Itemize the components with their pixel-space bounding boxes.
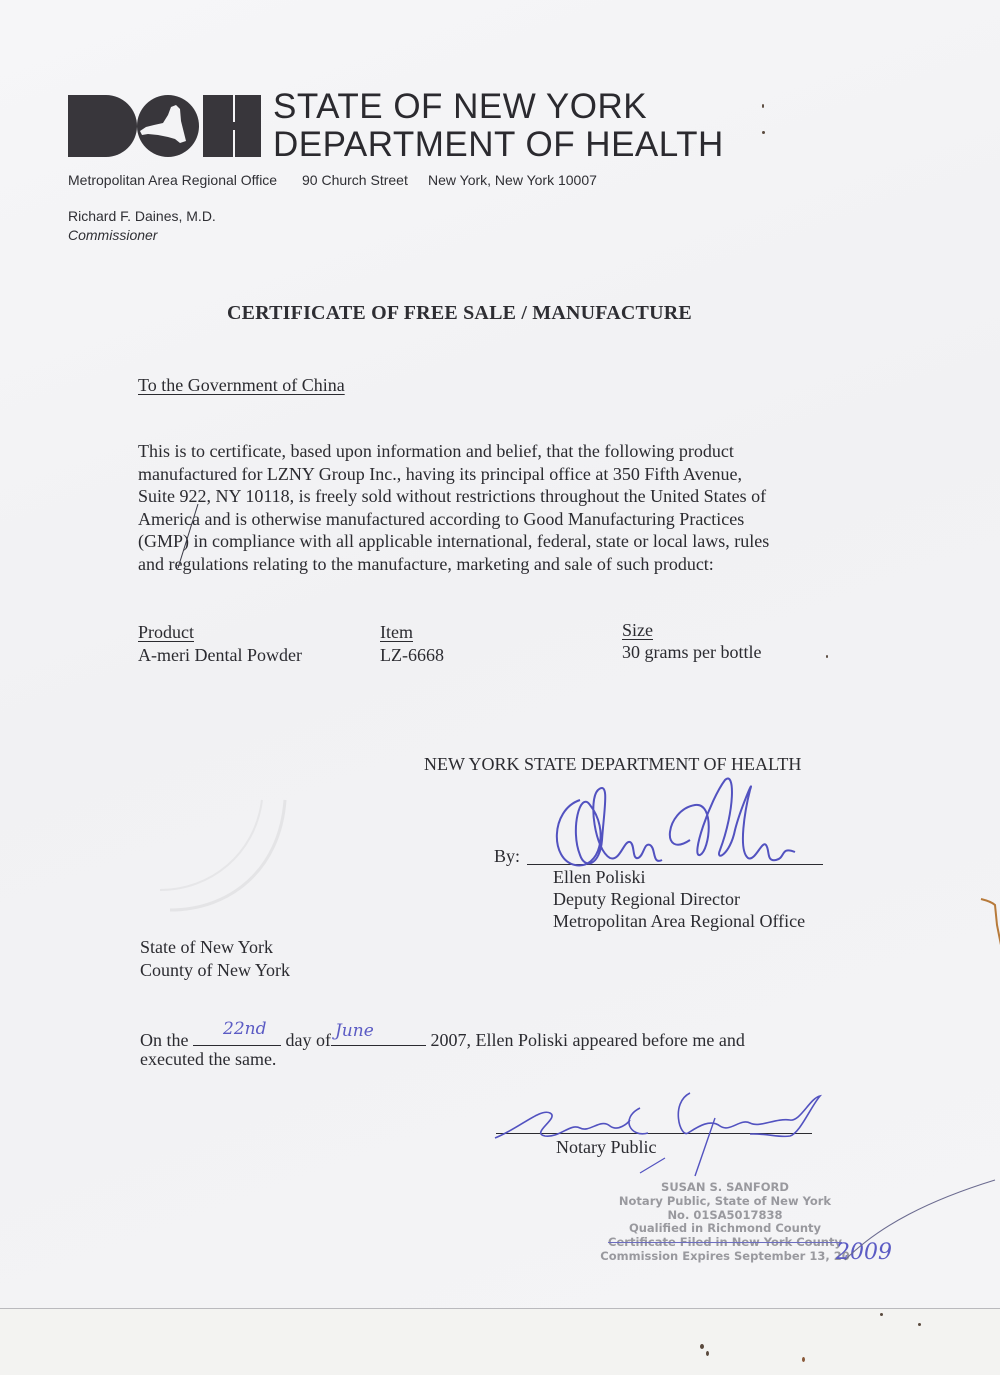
day-field: 22nd [193,1027,281,1046]
notary-county: County of New York [140,960,290,981]
product-header: Product [138,622,194,643]
certificate-body: This is to certificate, based upon infor… [138,440,769,575]
letterhead-title-line2: DEPARTMENT OF HEALTH [273,126,724,163]
commissioner-name: Richard F. Daines, M.D. [68,208,216,224]
letterhead-office: Metropolitan Area Regional Office [68,172,277,188]
letterhead-city: New York, New York 10007 [428,172,597,188]
body-line: manufactured for LZNY Group Inc., having… [138,463,769,486]
stamp-line-struck: Certificate Filed in New York County [600,1236,850,1250]
certificate-title: CERTIFICATE OF FREE SALE / MANUFACTURE [227,302,692,325]
speck [762,104,764,108]
pen-mark-icon [170,502,210,572]
month-field: June [331,1027,426,1046]
signature-ellen-poliski-icon [540,770,830,880]
product-value: A-meri Dental Powder [138,645,302,666]
body-line: America and is otherwise manufactured ac… [138,508,769,531]
size-value: 30 grams per bottle [622,642,761,663]
by-label: By: [494,846,520,867]
scan-background [0,1309,1000,1375]
body-line: and regulations relating to the manufact… [138,553,769,576]
notary-statement: On the 22nd day of June 2007, Ellen Poli… [140,1027,745,1051]
speck [918,1323,921,1326]
statement-mid: day of [286,1030,331,1050]
speck [762,131,765,134]
signer-title: Deputy Regional Director [553,889,740,910]
speck [700,1344,704,1349]
signature-susan-sanford-icon [490,1088,830,1178]
signer-name: Ellen Poliski [553,867,646,888]
speck [706,1351,709,1356]
body-line: (GMP) in compliance with all applicable … [138,530,769,553]
body-line: This is to certificate, based upon infor… [138,440,769,463]
letterhead-street: 90 Church Street [302,172,408,188]
stamp-line: No. 01SA5017838 [600,1209,850,1223]
speck [880,1313,883,1316]
doh-logo-icon [68,93,261,158]
body-line: Suite 922, NY 10118, is freely sold with… [138,485,769,508]
statement-suffix: 2007, Ellen Poliski appeared before me a… [430,1030,744,1050]
notary-statement-line2: executed the same. [140,1049,276,1070]
stamp-line: SUSAN S. SANFORD [600,1181,850,1195]
stamp-line: Notary Public, State of New York [600,1195,850,1209]
item-header: Item [380,622,413,643]
stamp-line: Commission Expires September 13, 20 [600,1250,850,1264]
notary-state: State of New York [140,937,273,958]
commissioner-title: Commissioner [68,227,157,243]
addressee: To the Government of China [138,375,345,396]
month-handwritten: June [335,1021,374,1041]
size-header: Size [622,620,653,641]
statement-prefix: On the [140,1030,189,1050]
embossed-seal-icon [150,760,300,930]
day-handwritten: 22nd [223,1019,266,1039]
stamp-line: Qualified in Richmond County [600,1222,850,1236]
letterhead-title-line1: STATE OF NEW YORK [273,88,647,125]
notary-stamp: SUSAN S. SANFORD Notary Public, State of… [600,1181,850,1264]
speck [802,1357,805,1362]
item-value: LZ-6668 [380,645,444,666]
notary-public-label: Notary Public [556,1137,657,1158]
signer-office: Metropolitan Area Regional Office [553,911,805,932]
stain-mark-icon [975,895,1000,955]
speck [826,655,828,658]
pen-stroke-icon [840,1175,1000,1265]
